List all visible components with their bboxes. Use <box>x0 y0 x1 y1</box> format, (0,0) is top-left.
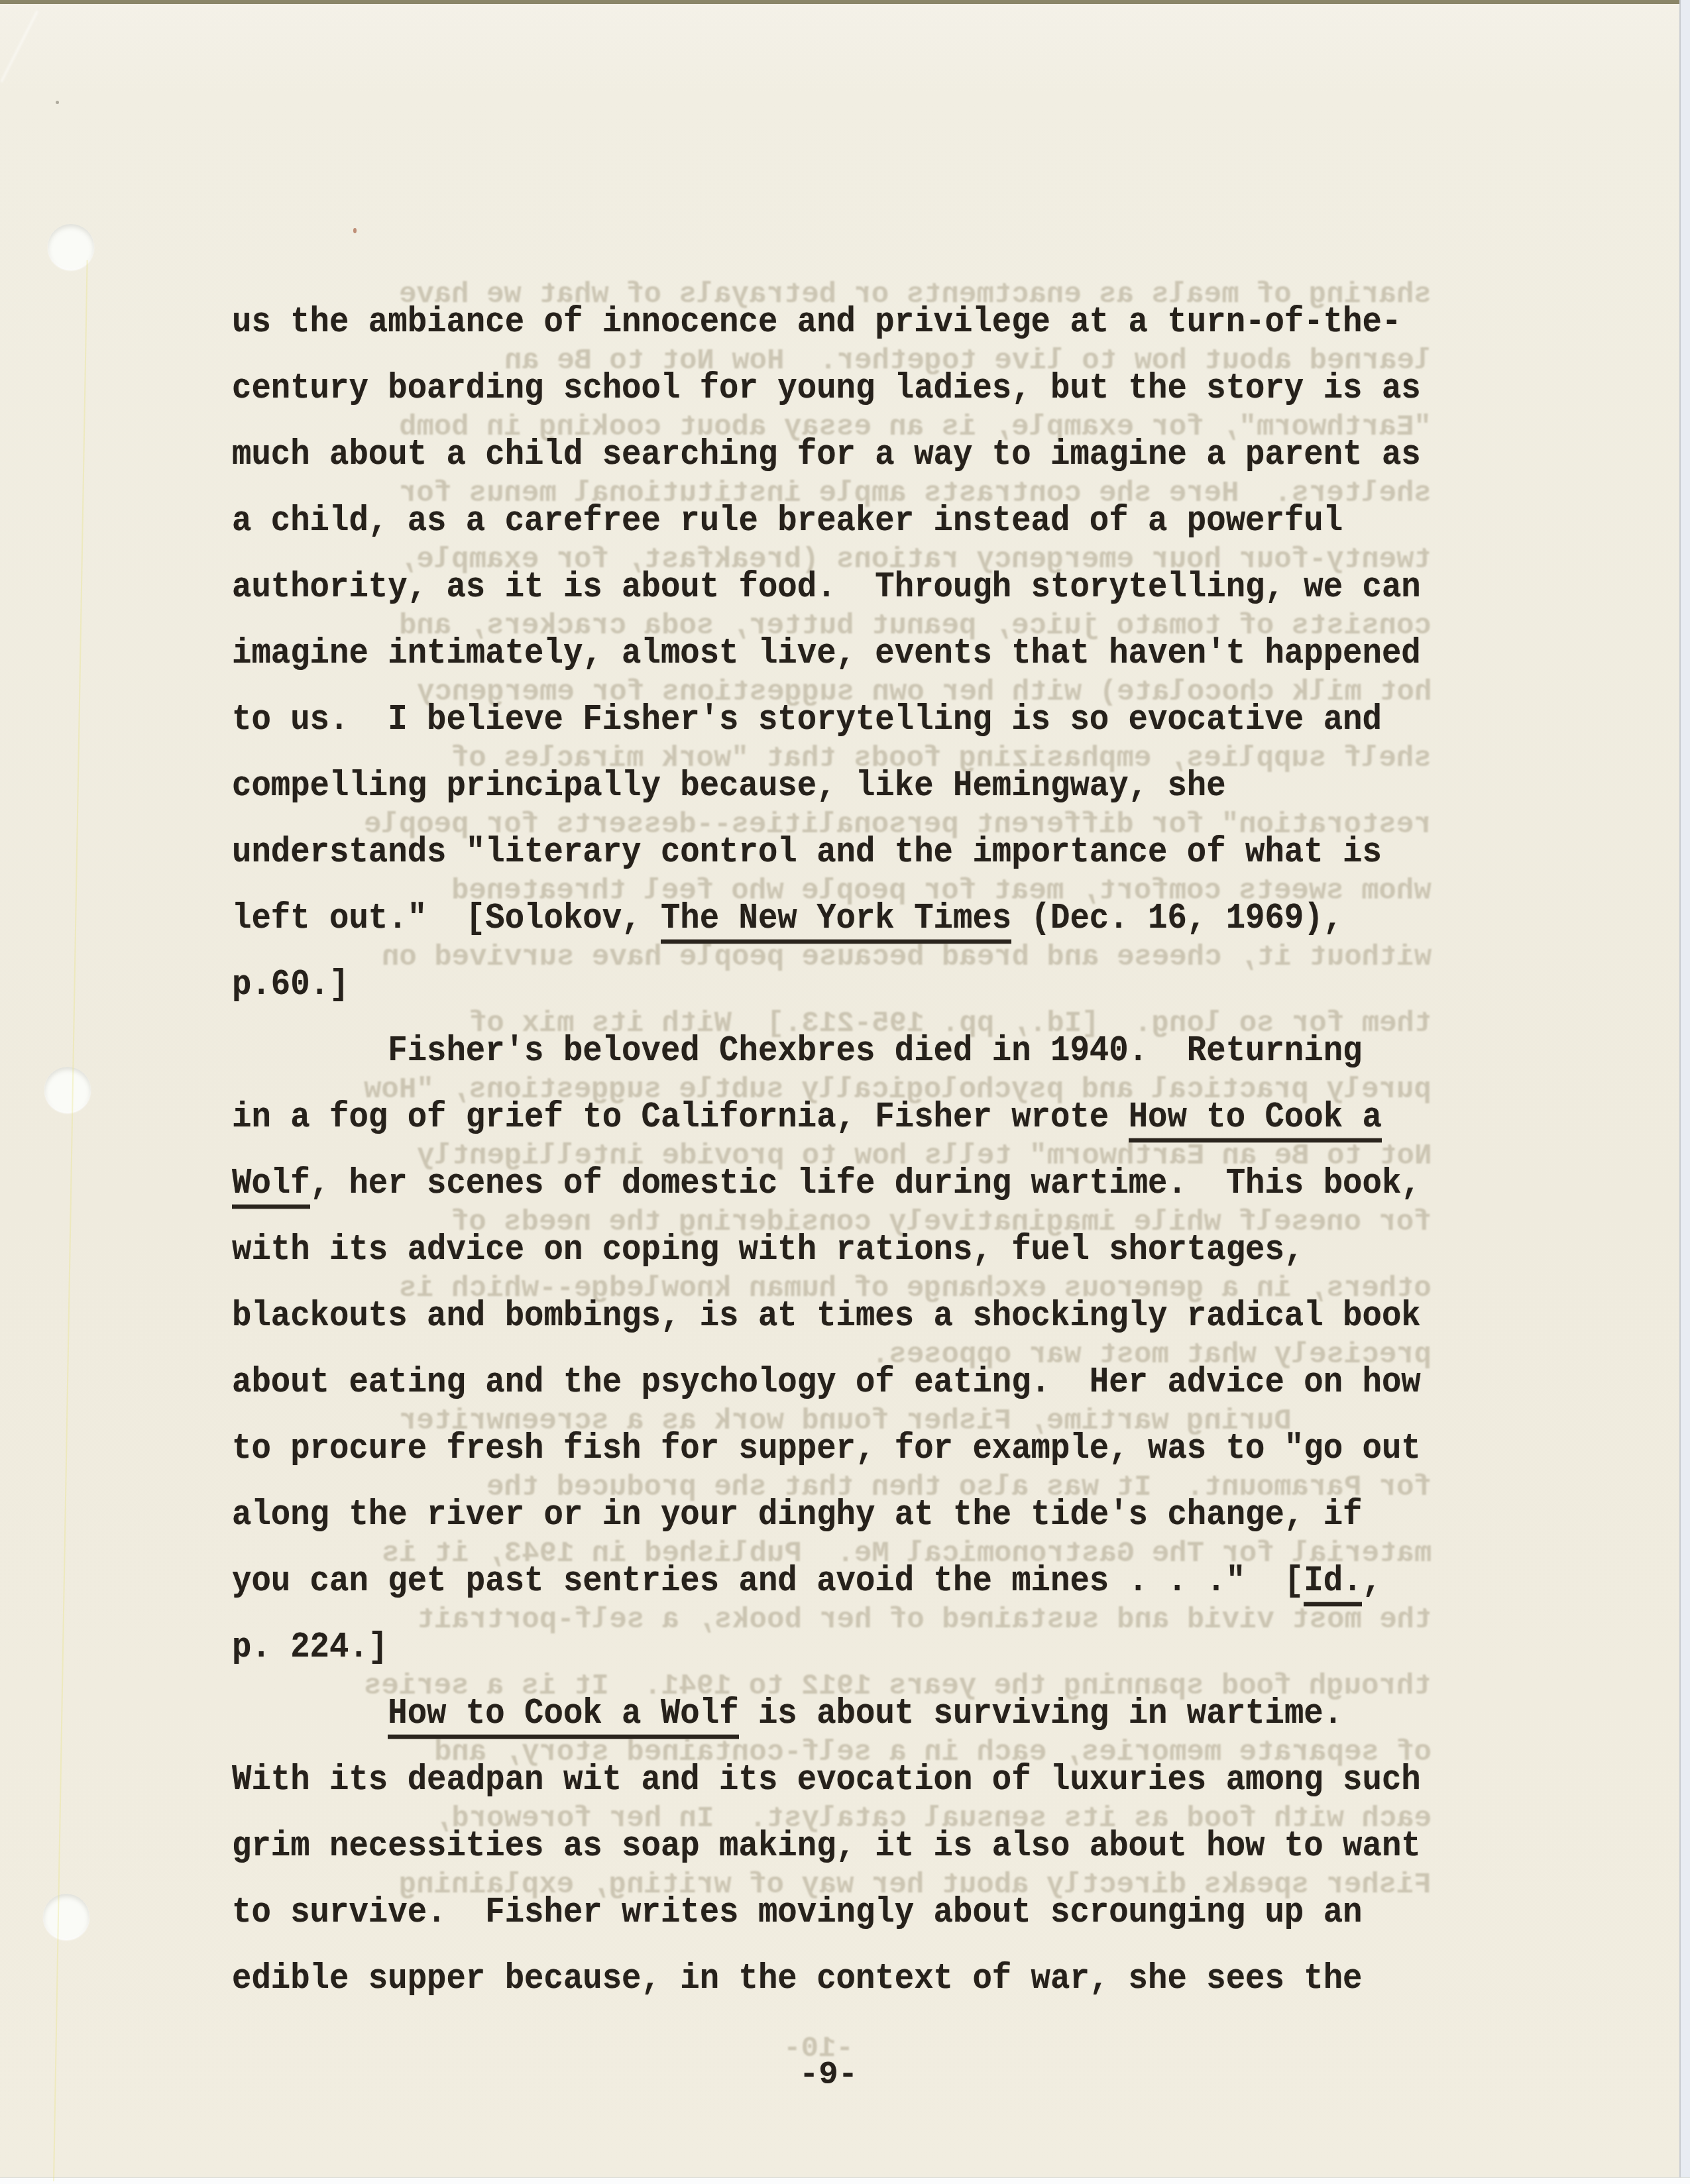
typed-text: us the ambiance of innocence and privile… <box>232 301 1401 343</box>
paper-crease <box>1 11 38 82</box>
typescript-layer: us the ambiance of innocence and privile… <box>232 301 1432 2091</box>
underlined-text: Wolf <box>232 1163 310 1209</box>
typescript-line: with its advice on coping with rations, … <box>232 1229 1304 1270</box>
underlined-text: Id. <box>1304 1560 1362 1606</box>
typed-page: sharing of meals as enactments or betray… <box>0 0 1690 2184</box>
typescript-line: blackouts and bombings, is at times a sh… <box>232 1295 1421 1337</box>
typed-text: to procure fresh fish for supper, for ex… <box>232 1428 1421 1469</box>
underlined-text: How to Cook a <box>1129 1097 1382 1142</box>
typescript-line: to us. I believe Fisher's storytelling i… <box>232 699 1382 740</box>
typed-text: , <box>1362 1560 1381 1602</box>
underlined-text: The New York Times <box>661 898 1011 944</box>
typescript-line: you can get past sentries and avoid the … <box>232 1560 1382 1602</box>
typed-text: left out." [Solokov, <box>232 898 661 939</box>
typed-text: imagine intimately, almost live, events … <box>232 633 1421 674</box>
hole-punch-middle <box>44 1067 91 1113</box>
typed-text <box>232 1693 388 1734</box>
typescript-line: authority, as it is about food. Through … <box>232 567 1421 608</box>
page-top-edge <box>0 0 1690 4</box>
typescript-line: to procure fresh fish for supper, for ex… <box>232 1428 1421 1469</box>
typescript-line: Fisher's beloved Chexbres died in 1940. … <box>232 1030 1362 1071</box>
typed-text: p. 224.] <box>232 1627 388 1668</box>
typescript-line: edible supper because, in the context of… <box>232 1958 1362 1999</box>
typescript-line: understands "literary control and the im… <box>232 832 1382 873</box>
typed-text: (Dec. 16, 1969), <box>1011 898 1343 939</box>
typed-text: with its advice on coping with rations, … <box>232 1229 1304 1270</box>
typed-text: compelling principally because, like Hem… <box>232 765 1226 806</box>
typed-text: blackouts and bombings, is at times a sh… <box>232 1295 1421 1337</box>
typed-text: a child, as a carefree rule breaker inst… <box>232 500 1343 541</box>
typescript-line: With its deadpan wit and its evocation o… <box>232 1759 1421 1800</box>
hole-punch-bottom <box>43 1894 89 1940</box>
typed-text: understands "literary control and the im… <box>232 832 1382 873</box>
typed-text: along the river or in your dinghy at the… <box>232 1494 1362 1535</box>
typed-text: century boarding school for young ladies… <box>232 368 1421 409</box>
typed-text: With its deadpan wit and its evocation o… <box>232 1759 1421 1800</box>
typescript-line: a child, as a carefree rule breaker inst… <box>232 500 1343 541</box>
typescript-line: How to Cook a Wolf is about surviving in… <box>232 1693 1343 1734</box>
typescript-line: about eating and the psychology of eatin… <box>232 1362 1421 1403</box>
typescript-line: left out." [Solokov, The New York Times … <box>232 898 1343 939</box>
typed-text: to survive. Fisher writes movingly about… <box>232 1892 1362 1933</box>
typed-text: grim necessities as soap making, it is a… <box>232 1826 1421 1867</box>
paper-speck-red <box>353 228 357 233</box>
typed-text: authority, as it is about food. Through … <box>232 567 1421 608</box>
typescript-line: to survive. Fisher writes movingly about… <box>232 1892 1362 1933</box>
typed-text: is about surviving in wartime. <box>739 1693 1343 1734</box>
typed-text: Fisher's beloved Chexbres died in 1940. … <box>232 1030 1362 1071</box>
typed-text: you can get past sentries and avoid the … <box>232 1560 1304 1602</box>
scanner-edge-right <box>1679 0 1690 2184</box>
scanner-edge-bottom <box>0 2177 1690 2184</box>
typescript-line: century boarding school for young ladies… <box>232 368 1421 409</box>
typescript-line: grim necessities as soap making, it is a… <box>232 1826 1421 1867</box>
paper-speck-dark <box>56 101 59 104</box>
typescript-line: Wolf, her scenes of domestic life during… <box>232 1163 1421 1204</box>
typescript-line: compelling principally because, like Hem… <box>232 765 1226 806</box>
typescript-line: p. 224.] <box>232 1627 388 1668</box>
typed-text: in a fog of grief to California, Fisher … <box>232 1097 1129 1138</box>
underlined-text: How to Cook a Wolf <box>388 1693 738 1739</box>
typescript-line: much about a child searching for a way t… <box>232 434 1421 475</box>
typed-text: , her scenes of domestic life during war… <box>310 1163 1421 1204</box>
typed-text: p.60.] <box>232 964 349 1005</box>
typescript-line: us the ambiance of innocence and privile… <box>232 301 1401 343</box>
typescript-line: along the river or in your dinghy at the… <box>232 1494 1362 1535</box>
typescript-line: imagine intimately, almost live, events … <box>232 633 1421 674</box>
typed-text: much about a child searching for a way t… <box>232 434 1421 475</box>
typed-text: edible supper because, in the context of… <box>232 1958 1362 1999</box>
bleedthrough-page-number: -10- <box>0 2033 1637 2065</box>
typescript-line: p.60.] <box>232 964 349 1005</box>
typed-text: about eating and the psychology of eatin… <box>232 1362 1421 1403</box>
typed-text: to us. I believe Fisher's storytelling i… <box>232 699 1382 740</box>
typescript-line: in a fog of grief to California, Fisher … <box>232 1097 1382 1138</box>
